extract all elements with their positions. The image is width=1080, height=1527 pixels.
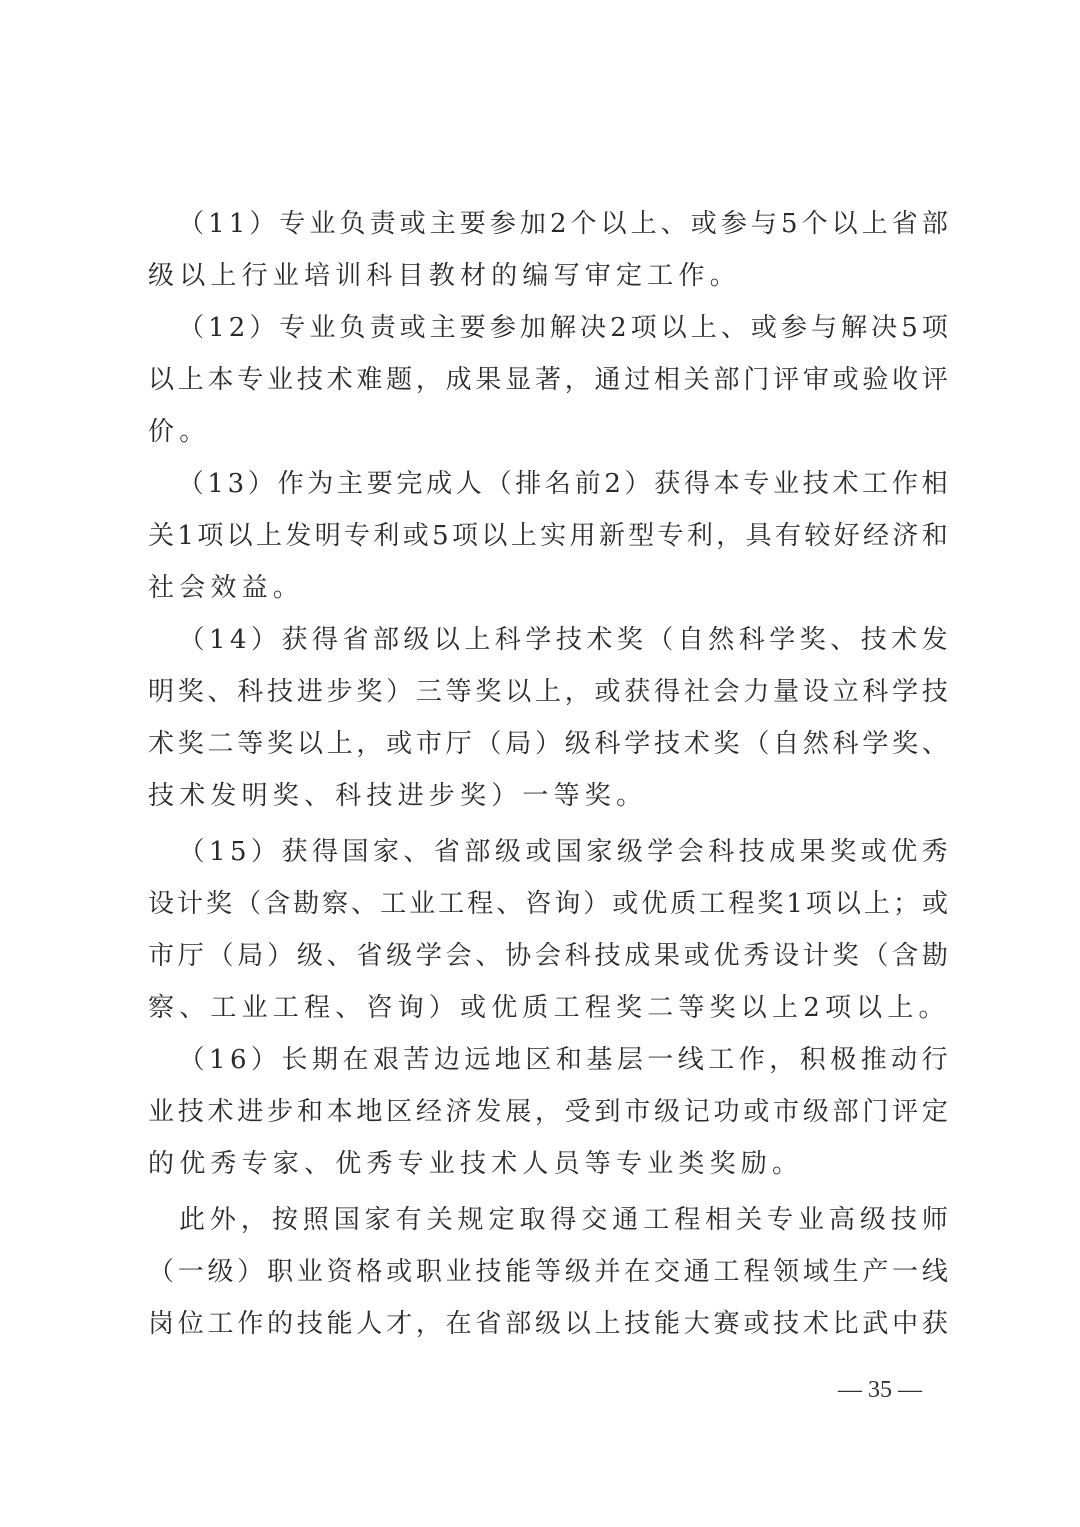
document-page: （11）专业负责或主要参加2个以上、或参与5个以上省部 级以上行业培训科目教材的… — [0, 0, 1080, 1527]
paragraph-15-line-4: 察、工业工程、咨询）或优质工程奖二等奖以上2项以上。 — [148, 982, 948, 1034]
page-number: — 35 — — [838, 1372, 938, 1408]
paragraph-13-line-2: 关1项以上发明专利或5项以上实用新型专利，具有较好经济和 — [148, 510, 948, 562]
paragraph-15-line-2: 设计奖（含勘察、工业工程、咨询）或优质工程奖1项以上；或 — [148, 878, 948, 930]
paragraph-additional-line-3: 岗位工作的技能人才，在省部级以上技能大赛或技术比武中获 — [148, 1298, 948, 1350]
paragraph-16-line-3: 的优秀专家、优秀专业技术人员等专业类奖励。 — [148, 1138, 948, 1190]
paragraph-16-line-2: 业技术进步和本地区经济发展，受到市级记功或市级部门评定 — [148, 1086, 948, 1138]
paragraph-13-line-3: 社会效益。 — [148, 562, 948, 614]
paragraph-16-line-1: （16）长期在艰苦边远地区和基层一线工作，积极推动行 — [148, 1034, 948, 1086]
paragraph-12-line-3: 价。 — [148, 406, 948, 458]
paragraph-11-line-1: （11）专业负责或主要参加2个以上、或参与5个以上省部 — [148, 198, 948, 250]
paragraph-15-line-1: （15）获得国家、省部级或国家级学会科技成果奖或优秀 — [148, 826, 948, 878]
paragraph-14-line-4: 技术发明奖、科技进步奖）一等奖。 — [148, 770, 948, 822]
paragraph-15-line-3: 市厅（局）级、省级学会、协会科技成果或优秀设计奖（含勘 — [148, 930, 948, 982]
paragraph-13-line-1: （13）作为主要完成人（排名前2）获得本专业技术工作相 — [148, 458, 948, 510]
paragraph-additional-line-2: （一级）职业资格或职业技能等级并在交通工程领域生产一线 — [148, 1246, 948, 1298]
paragraph-additional-line-1: 此外，按照国家有关规定取得交通工程相关专业高级技师 — [148, 1194, 948, 1246]
paragraph-11-line-2: 级以上行业培训科目教材的编写审定工作。 — [148, 250, 948, 302]
paragraph-14-line-1: （14）获得省部级以上科学技术奖（自然科学奖、技术发 — [148, 614, 948, 666]
paragraph-12-line-2: 以上本专业技术难题，成果显著，通过相关部门评审或验收评 — [148, 354, 948, 406]
paragraph-14-line-2: 明奖、科技进步奖）三等奖以上，或获得社会力量设立科学技 — [148, 666, 948, 718]
paragraph-12-line-1: （12）专业负责或主要参加解决2项以上、或参与解决5项 — [148, 302, 948, 354]
paragraph-14-line-3: 术奖二等奖以上，或市厅（局）级科学技术奖（自然科学奖、 — [148, 718, 948, 770]
